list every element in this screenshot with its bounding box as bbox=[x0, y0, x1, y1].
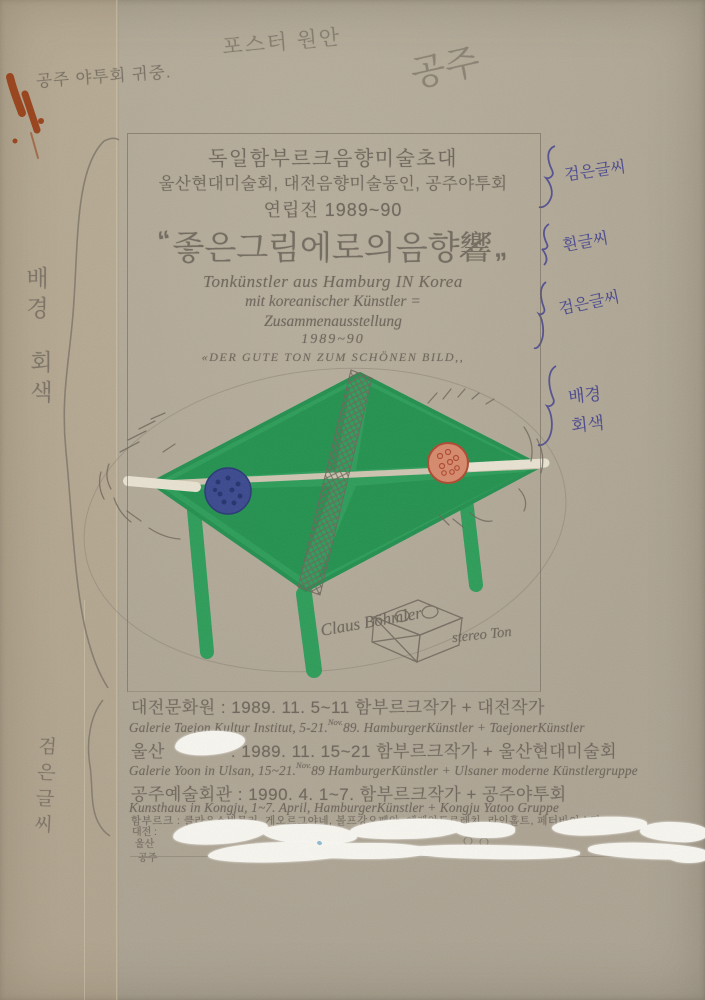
poster-slogan: «DER GUTE TON ZUM SCHÖNEN BILD,, bbox=[127, 350, 539, 365]
poster-header-line2: 울산현대미술회, 대전음향미술동인, 공주야투회 bbox=[127, 170, 539, 194]
schedule-text: 울산 bbox=[131, 742, 165, 761]
schedule-text: Galerie Yoon in Ulsan, 15~21. bbox=[129, 763, 296, 778]
margin-note-left-gray: 회색 bbox=[24, 350, 57, 410]
white-out-mark bbox=[455, 821, 515, 838]
schedule-text: : 1989. 11. 15~21 함부르크작가 + 울산현대미술회 bbox=[231, 742, 617, 761]
main-title-text: 좋은그림에로의음향 bbox=[173, 229, 460, 266]
subtitle-german-3: Zusammenausstellung bbox=[127, 313, 539, 331]
subtitle-german-2: mit koreanischer Künstler = bbox=[127, 293, 539, 311]
poster-main-title: “좋은그림에로의음향響” bbox=[127, 222, 539, 269]
nov-superscript: Nov. bbox=[328, 717, 343, 727]
subtitle-german-1: Tonkünstler aus Hamburg IN Korea bbox=[127, 272, 539, 292]
poster-header-line3: 연립전 1989~90 bbox=[127, 196, 539, 222]
crossed-out-character: 響 bbox=[459, 222, 492, 269]
margin-note-left-bottom: 검은글씨 bbox=[27, 735, 59, 840]
poster-header-line1: 독일함부르크음향미술초대 bbox=[127, 142, 539, 171]
open-quote: “ bbox=[155, 224, 173, 257]
nov-superscript: Nov. bbox=[296, 760, 311, 770]
margin-note-bg-1: 배경 bbox=[567, 379, 602, 407]
schedule-line: 대전문화원 : 1989. 11. 5~11 함부르크작가 + 대전작가 bbox=[131, 693, 545, 718]
schedule-line: Galerie Yoon in Ulsan, 15~21.Nov.89 Hamb… bbox=[129, 760, 638, 779]
margin-note-bg-2: 회색 bbox=[570, 408, 605, 436]
white-out-mark bbox=[668, 849, 705, 863]
city-label-ulsan: 울산 bbox=[135, 835, 154, 850]
bottom-left-brace bbox=[89, 700, 110, 836]
schedule-text: 89. HamburgerKünstler + TaejonerKünstler bbox=[343, 720, 585, 735]
scanned-poster-draft: 포스터 원안 공주 야투회 귀중. 공주 독일함부르크음향미술초대 울산현대미술… bbox=[0, 0, 705, 1000]
subtitle-german-4: 1989~90 bbox=[127, 332, 539, 348]
margin-note-left-bg: 배경 bbox=[20, 266, 53, 326]
schedule-text: 89 HamburgerKünstler + Ulsaner moderne K… bbox=[311, 763, 638, 778]
